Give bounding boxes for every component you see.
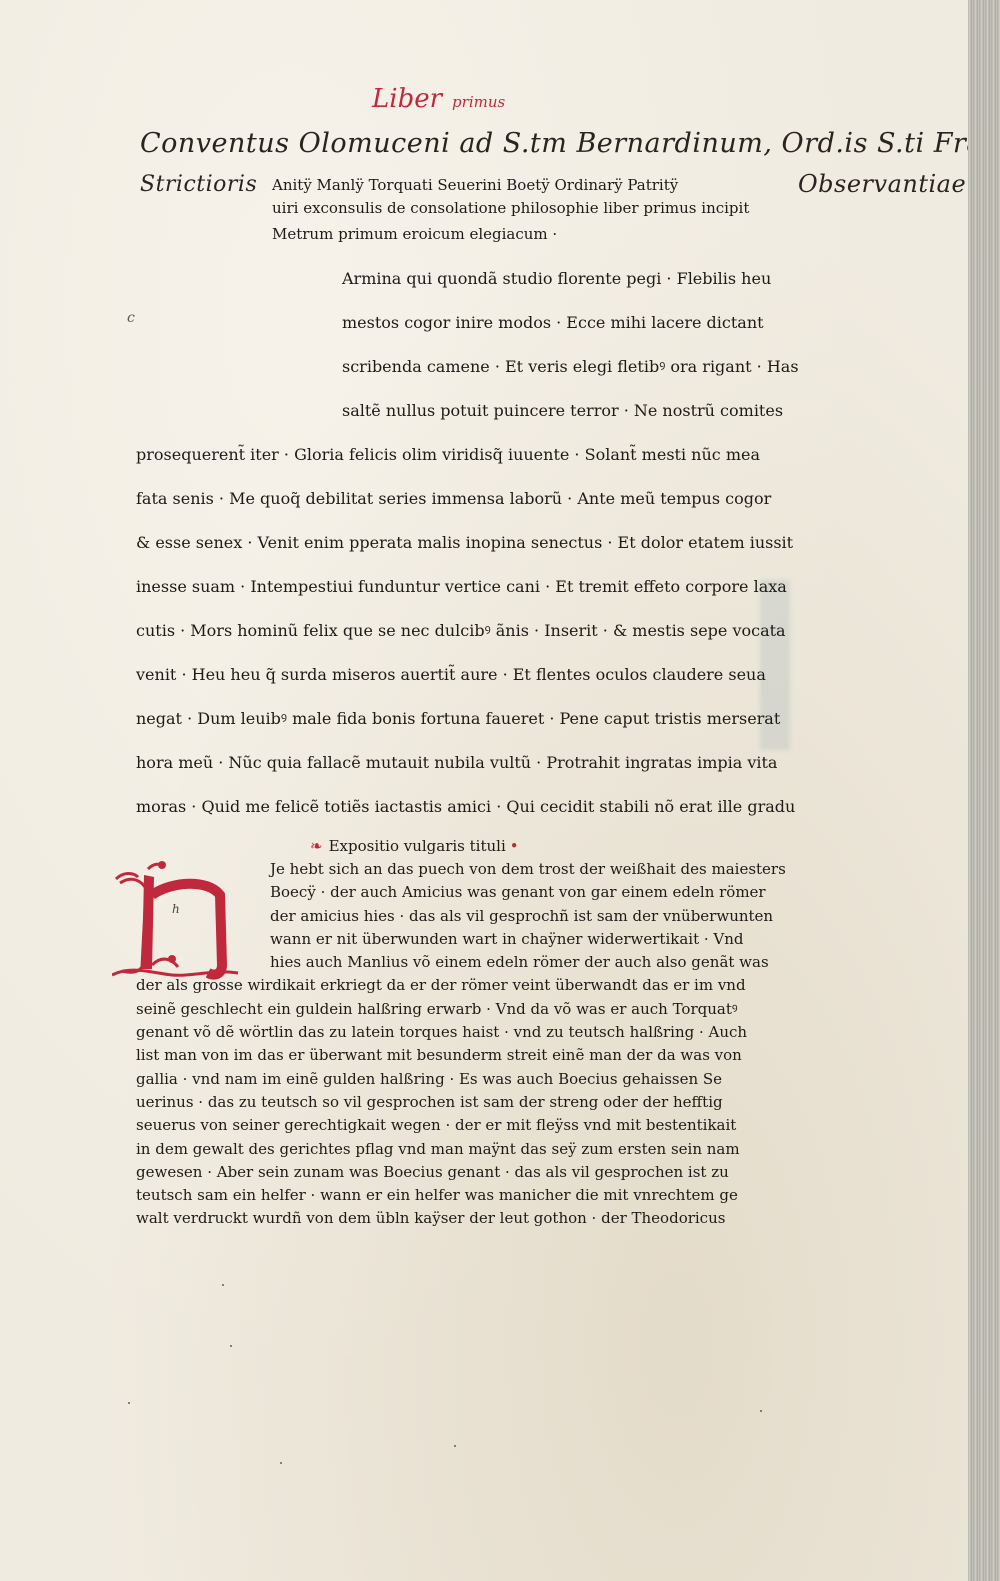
rubric-title-small: primus (452, 93, 505, 111)
incipit-line: uiri exconsulis de consolatione philosop… (272, 195, 792, 221)
verse-line: hora meũ · Nũc quia fallacẽ mutauit nubi… (136, 748, 776, 792)
paper-speck (280, 1462, 282, 1464)
prose-line: seinẽ geschlecht ein guldein halßring er… (136, 998, 776, 1021)
paper-speck (454, 1445, 456, 1447)
paper-speck (222, 1284, 224, 1286)
verse-line: mestos cogor inire modos · Ecce mihi lac… (136, 308, 776, 352)
verse-line: inesse suam · Intempestiui funduntur ver… (136, 572, 776, 616)
incipit-block: Anitÿ Manlÿ Torquati Seuerini Boetÿ Ordi… (272, 172, 792, 247)
prose-line: gewesen · Aber sein zunam was Boecius ge… (136, 1161, 776, 1184)
verse-block: Armina qui quondã studio florente pegi ·… (136, 264, 776, 836)
expositio-heading: ❧Expositio vulgaris tituli• (310, 837, 525, 855)
paper-speck (128, 1402, 130, 1404)
verse-line: negat · Dum leuibꝰ male fida bonis fortu… (136, 704, 776, 748)
prose-line: der als grosse wirdikait erkriegt da er … (136, 974, 776, 997)
verse-line: saltẽ nullus potuit puincere terror · Ne… (136, 396, 776, 440)
verse-line: venit · Heu heu q̃ surda miseros auertit… (136, 660, 776, 704)
rubric-title-main: Liber (372, 84, 442, 114)
prose-line: list man von im das er überwant mit besu… (136, 1044, 776, 1067)
prose-line: Boecÿ · der auch Amicius was genant von … (136, 881, 776, 904)
prose-line: gallia · vnd nam im einẽ gulden halßring… (136, 1068, 776, 1091)
verse-line: fata senis · Me quoq̃ debilitat series i… (136, 484, 776, 528)
page-edge-stack (968, 0, 1000, 1581)
prose-block: Je hebt sich an das puech von dem trost … (136, 858, 776, 1231)
margin-note: c (127, 310, 135, 326)
verse-line: & esse senex · Venit enim pperata malis … (136, 528, 776, 572)
incipit-line: Metrum primum eroicum elegiacum · (272, 221, 792, 247)
prose-line: teutsch sam ein helfer · wann er ein hel… (136, 1184, 776, 1207)
manuscript-page: Liberprimus Conventus Olomuceni ad S.tm … (0, 0, 968, 1581)
verse-line: moras · Quid me felicẽ totiẽs iactastis … (136, 792, 776, 836)
prose-line: Je hebt sich an das puech von dem trost … (136, 858, 776, 881)
rubric-dot-icon: • (510, 837, 519, 855)
prose-line: wann er nit überwunden wart in chaÿner w… (136, 928, 776, 951)
prose-line: hies auch Manlius võ einem edeln römer d… (136, 951, 776, 974)
prose-line: der amicius hies · das als vil gesprochñ… (136, 905, 776, 928)
verse-line: scribenda camene · Et veris elegi fletib… (136, 352, 776, 396)
paper-speck (760, 1410, 762, 1412)
prose-line: seuerus von seiner gerechtigkait wegen ·… (136, 1114, 776, 1137)
expositio-title: Expositio vulgaris tituli (329, 837, 506, 855)
provenance-inscription-left: Strictioris (140, 172, 257, 197)
rubric-heading: Liberprimus (372, 84, 505, 114)
prose-line: genant võ dẽ wörtlin das zu latein torqu… (136, 1021, 776, 1044)
prose-line: walt verdruckt wurdñ von dem übln kaÿser… (136, 1207, 776, 1230)
prose-line: uerinus · das zu teutsch so vil gesproch… (136, 1091, 776, 1114)
verse-line: prosequerent̃ iter · Gloria felicis olim… (136, 440, 776, 484)
verse-line: cutis · Mors hominũ felix que se nec dul… (136, 616, 776, 660)
provenance-inscription-right: Observantiae. (798, 170, 974, 198)
provenance-inscription-line1: Conventus Olomuceni ad S.tm Bernardinum,… (140, 128, 1000, 159)
paragraph-mark-icon: ❧ (310, 837, 323, 855)
prose-line: in dem gewalt des gerichtes pflag vnd ma… (136, 1138, 776, 1161)
paper-speck (230, 1345, 232, 1347)
verse-line: Armina qui quondã studio florente pegi ·… (136, 264, 776, 308)
